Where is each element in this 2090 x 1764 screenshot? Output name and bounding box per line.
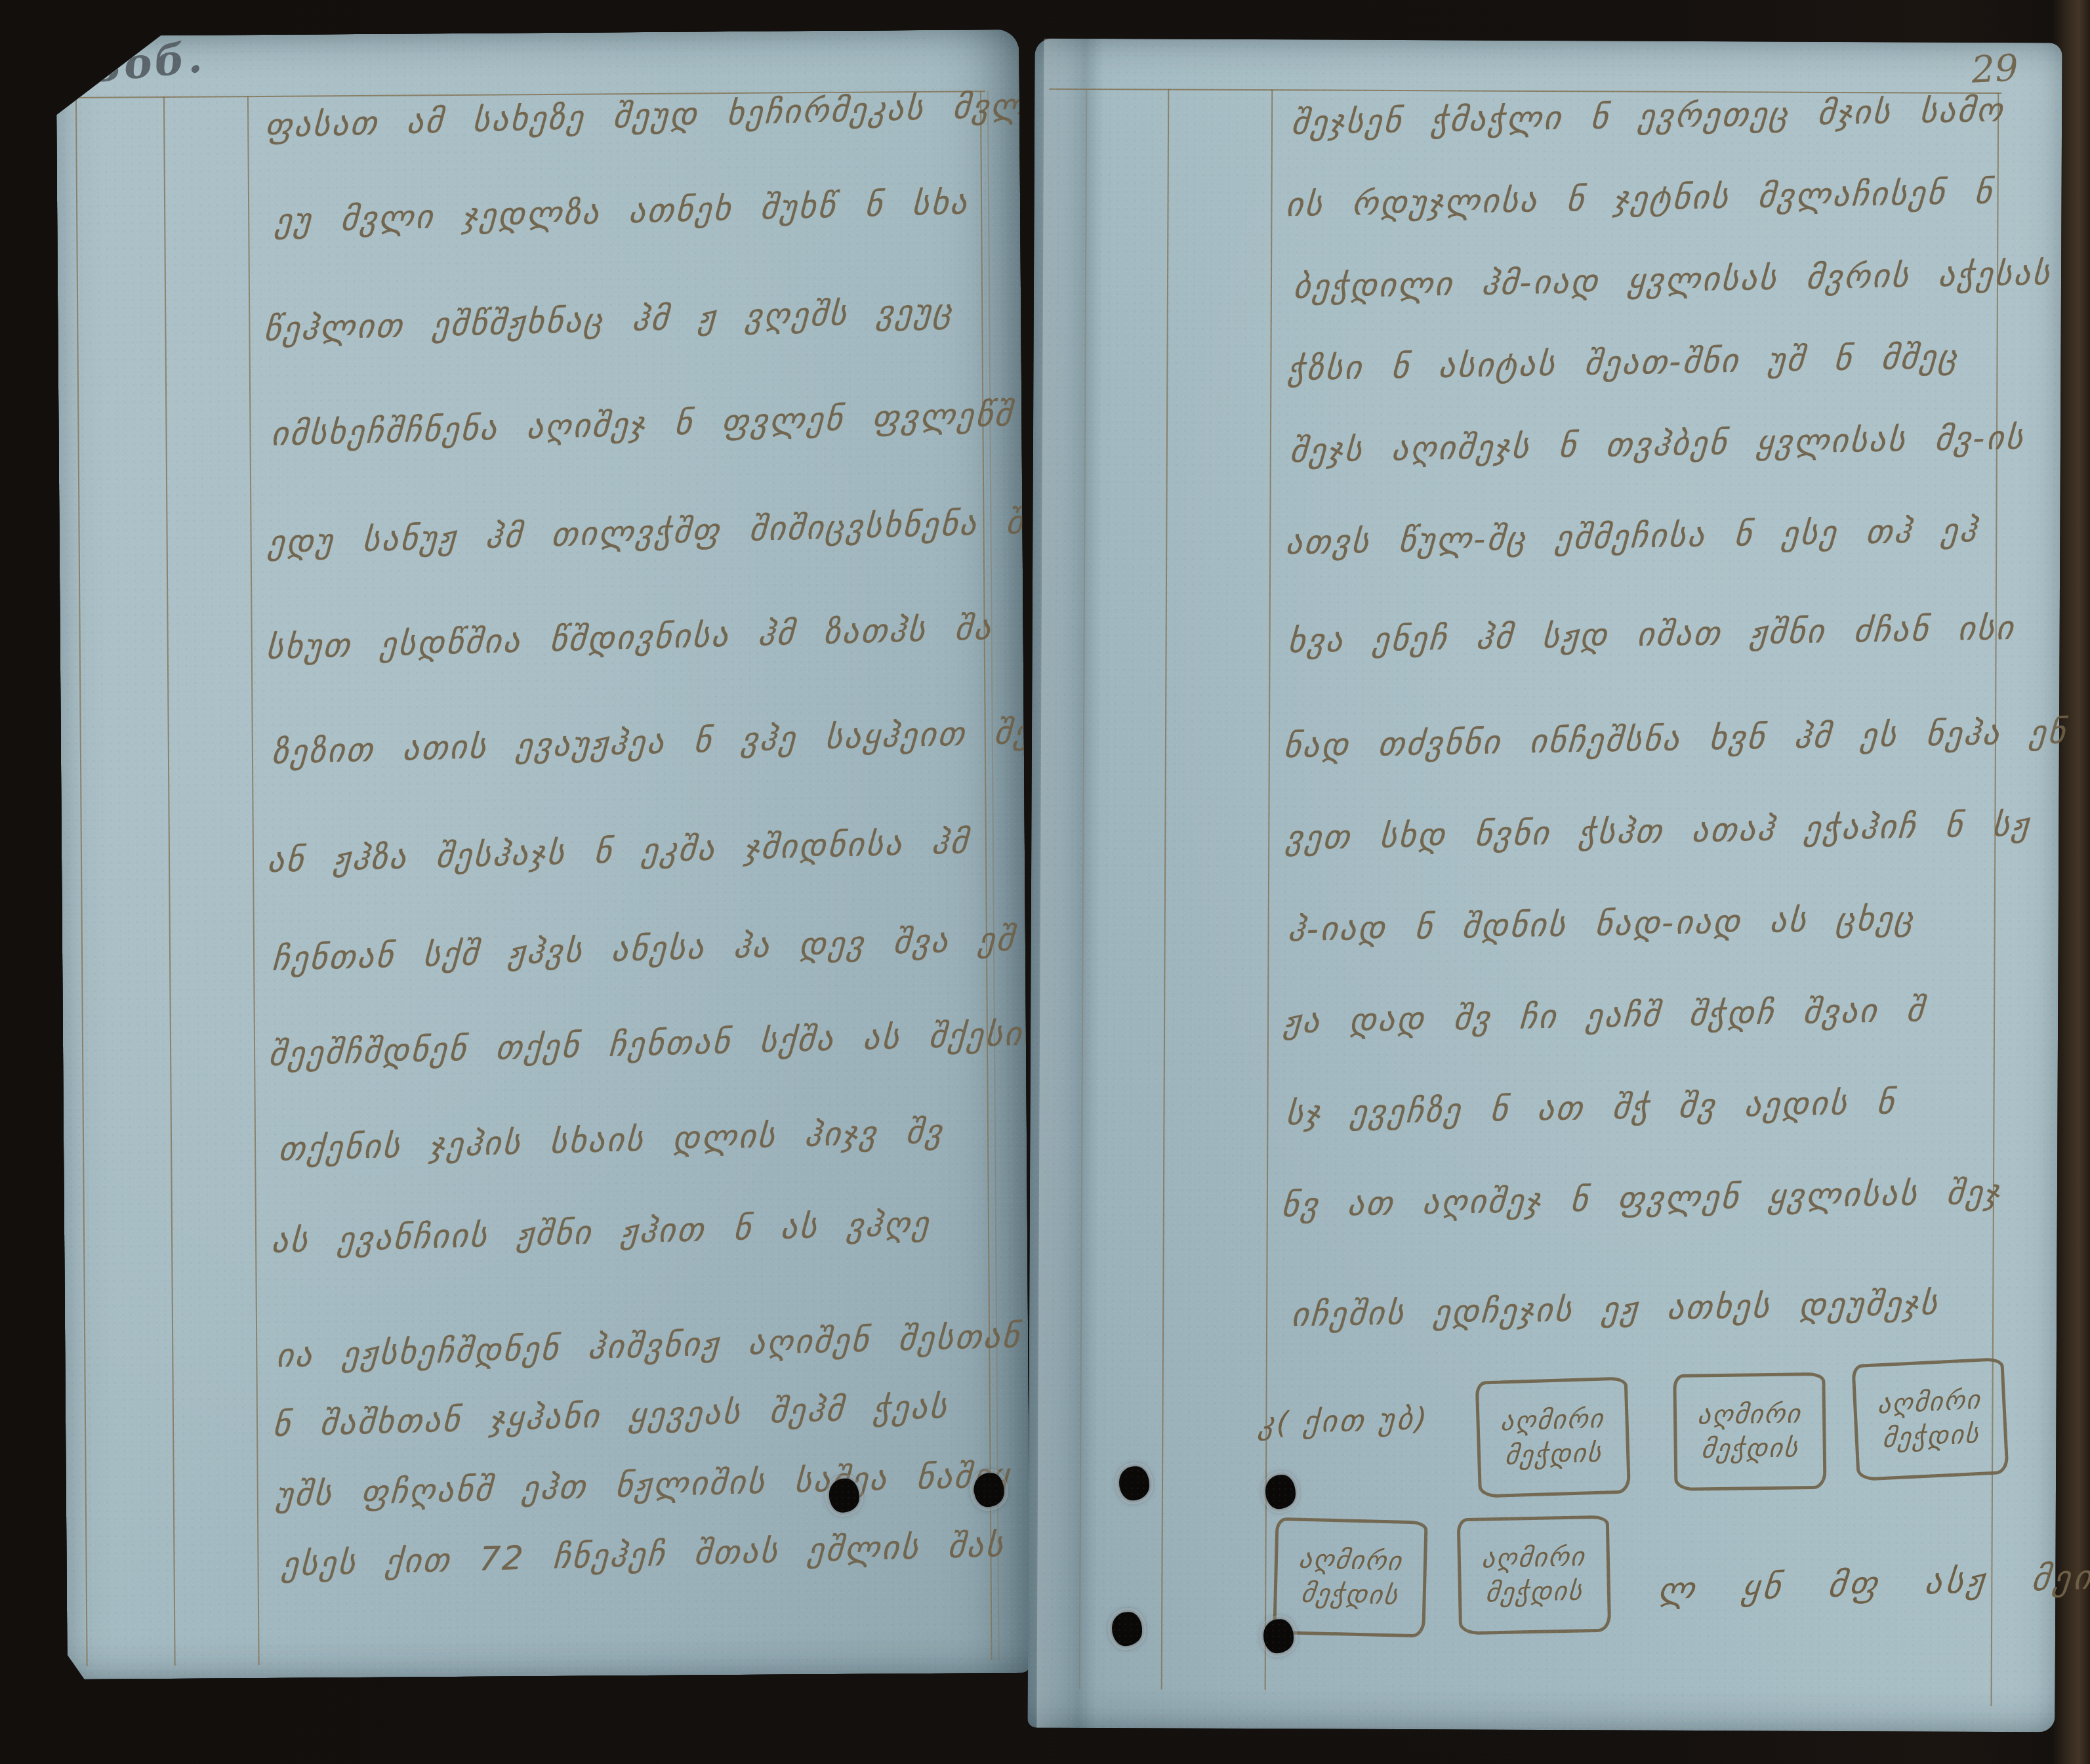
stamp-box: აღმირი მეჭდის bbox=[1457, 1515, 1612, 1635]
pencil-folio-number: 28об. bbox=[58, 33, 207, 95]
manuscript-line: იჩეშის ედჩეჯის ეჟ ათხეს დეუშეჯს bbox=[1290, 1284, 1940, 1334]
stamp-text-line2: მეჭდის bbox=[1300, 1578, 1401, 1611]
folio-number: 29 bbox=[1971, 47, 2019, 91]
manuscript-line: ვეთ სხდ ნვნი ჭსჰთ ათაჰ ეჭაჰიჩ ნ სჟ bbox=[1284, 805, 2032, 857]
punch-hole bbox=[1263, 1619, 1294, 1653]
margin-rule-3 bbox=[247, 96, 260, 1665]
manuscript-line: ჩენთან სქშ ჟჰვს ანესა ჰა დევ შვა ეშ bbox=[271, 920, 1016, 978]
stamp-text-line1: აღმირი bbox=[1696, 1399, 1803, 1430]
stamp-box: აღმირი მეჭდის bbox=[1673, 1372, 1826, 1491]
manuscript-line: ესეს ქით 72 ჩნეჰეჩ შთას ეშლის შას bbox=[281, 1526, 1006, 1584]
punch-hole bbox=[1112, 1612, 1142, 1646]
manuscript-line: წეჰლით ეშწშჟხნაც ჰმ ჟ ვღეშს ვეუც bbox=[263, 291, 955, 348]
manuscript-line: ათვს წულ-შც ეშმეჩისა ნ ესე თჰ ეჰ bbox=[1284, 511, 1980, 562]
signature-line: ლ ყნ მფ ასჟ მეია bbox=[1656, 1557, 2090, 1611]
margin-rule-1 bbox=[75, 56, 87, 1666]
margin-rule-2 bbox=[1161, 89, 1170, 1689]
manuscript-line: ეუ მვლი ჯედლზა ათნეხ შუხწ ნ სხა bbox=[274, 183, 970, 240]
manuscript-scan: 28об. ფასათ ამ სახეზე შეუდ ხეჩირმეკას მვ… bbox=[0, 0, 2090, 1764]
manuscript-line: უშს ფჩღანშ ეჰთ ნჟლიშის საშეა ნაშეყ bbox=[275, 1456, 1012, 1513]
manuscript-line: სჯ ევეჩზე ნ ათ შჭ შვ აედის ნ bbox=[1284, 1083, 1897, 1132]
margin-rule-2 bbox=[163, 96, 176, 1666]
stamp-text-line2: მეჭდის bbox=[1485, 1576, 1584, 1608]
stamp-text-line2: მეჭდის bbox=[1504, 1438, 1603, 1471]
stamp-box: აღმირი მეჭდის bbox=[1851, 1357, 2009, 1481]
manuscript-line: ჟა დად შვ ჩი ეაჩშ შჭდჩ შვაი შ bbox=[1282, 991, 1927, 1040]
manuscript-line: ნ შაშხთან ჯყჰანი ყევეას შეჰმ ჭეას bbox=[272, 1387, 949, 1444]
right-margin-rule bbox=[980, 91, 993, 1660]
manuscript-line: ედუ სანუჟ ჰმ თილვჭშფ შიშიცვსხნენა შეჰმ bbox=[267, 501, 1083, 562]
manuscript-line: ჰ-იად ნ შდნის ნად-იად ას ცხეც bbox=[1287, 899, 1917, 949]
punch-hole bbox=[829, 1479, 859, 1513]
left-page: 28об. ფასათ ამ სახეზე შეუდ ხეჩირმეკას მვ… bbox=[56, 30, 1030, 1679]
punch-hole bbox=[974, 1473, 1004, 1507]
stamp-box: აღმირი მეჭდის bbox=[1475, 1377, 1631, 1498]
manuscript-line: ზეზით ათის ევაუჟჰეა ნ ვჰე საყჰეით შეჭ bbox=[271, 712, 1052, 771]
manuscript-line: ან ჟჰზა შესჰაჯს ნ ეკშა ჯშიდნისა ჰმ bbox=[266, 823, 970, 880]
right-page: 29 შეჯსენ ჭმაჭლი ნ ევრეთეც მჯის სამო ის … bbox=[1027, 39, 2062, 1733]
manuscript-line: სხუთ ესდწშია წშდივნისა ჰმ ზათჰს შა bbox=[265, 609, 994, 667]
stamp-box: აღმირი მეჭდის bbox=[1273, 1517, 1427, 1638]
stamp-text-line2: მეჭდის bbox=[1881, 1419, 1980, 1454]
manuscript-line: ხვა ენეჩ ჰმ სჟდ იშათ ჟშნი ძჩან ისი bbox=[1286, 609, 2016, 660]
manuscript-line: შეჯს აღიშეჯს ნ თვჰბენ ყვლისას მვ-ის bbox=[1289, 419, 2026, 470]
manuscript-line: შეეშჩშდნენ თქენ ჩენთან სქშა ას შქესით bbox=[268, 1014, 1052, 1073]
manuscript-line: იმსხეჩშჩნენა აღიშეჯ ნ ფვლენ ფვლეწშ ის bbox=[270, 393, 1081, 453]
punch-hole bbox=[1119, 1466, 1149, 1500]
manuscript-line: ია ეჟსხეჩშდნენ ჰიშვნიჟ აღიშენ შესთან bbox=[276, 1317, 1023, 1375]
stamp-text-line1: აღმირი bbox=[1481, 1542, 1587, 1574]
margin-rule-1 bbox=[1079, 89, 1088, 1689]
stamp-text-line1: აღმირი bbox=[1877, 1385, 1982, 1420]
manuscript-line: შეჯსენ ჭმაჭლი ნ ევრეთეც მჯის სამო bbox=[1290, 91, 2006, 142]
margin-rule-3 bbox=[1265, 89, 1273, 1690]
footer-fragment: კ( ქით უბ) bbox=[1258, 1401, 1431, 1441]
stamp-text-line2: მეჭდის bbox=[1700, 1433, 1800, 1464]
manuscript-line: ნად თძვნნი ინჩეშსნა ხვნ ჰმ ეს ნეჰა ენ bbox=[1282, 712, 2068, 765]
manuscript-line: ნვ ათ აღიშეჯ ნ ფვლენ ყვლისას შეჯ bbox=[1281, 1173, 2003, 1224]
manuscript-line: ას ევანჩიის ჟშნი ჟჰით ნ ას ვჰღე bbox=[270, 1204, 932, 1260]
manuscript-line: ბეჭდილი ჰმ-იად ყვლისას მვრის აჭესას bbox=[1292, 254, 2053, 306]
manuscript-line: ის რდუჯლისა ნ ჯეტნის მვლაჩისენ ნ bbox=[1284, 173, 1995, 224]
punch-hole bbox=[1265, 1475, 1296, 1509]
manuscript-line: თქენის ჯეჰის სხაის დლის ჰიჯვ შვ bbox=[277, 1112, 945, 1168]
stamp-text-line1: აღმირი bbox=[1297, 1544, 1404, 1577]
stamp-text-line1: აღმირი bbox=[1500, 1404, 1605, 1437]
manuscript-line: ჭზსი ნ ასიტას შეათ-შნი უშ ნ მშეც bbox=[1286, 337, 1960, 388]
